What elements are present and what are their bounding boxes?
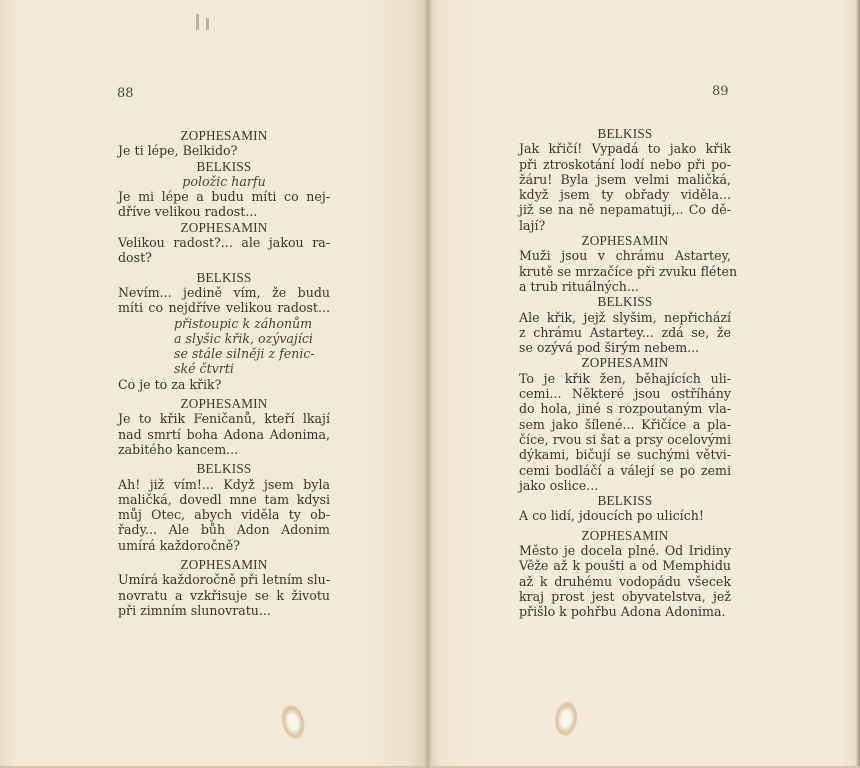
dialogue-line: To je křik žen, běhajících uli- [519, 371, 731, 386]
dialogue-line: nad smrtí boha Adona Adonima, [118, 427, 330, 442]
dialogue-line: Město je docela plné. Od Iridiny [519, 543, 731, 558]
page-number-left: 88 [117, 86, 134, 101]
dialogue-line: při zimním slunovratu... [118, 603, 330, 618]
dialogue-line: jako oslice... [519, 478, 731, 493]
dialogue-line: Věže až k poušti a od Memphidu [519, 558, 731, 573]
stage-direction: a slyšic křik, ozývajíci [118, 331, 330, 346]
dialogue-line: cemi bodláčí a válejí se po zemi [519, 463, 731, 478]
dialogue-line: řady... Ale bůh Adon Adonim [118, 522, 330, 537]
dialogue-line: žáru! Byla jsem velmi maličká, [519, 172, 731, 187]
dialogue-line: již se na ně nepamatuji,.. Co dě- [519, 202, 731, 217]
dialogue-line: dýkami, bičují se suchými větvi- [519, 447, 731, 462]
dialogue-line: zabitého kancem... [118, 442, 330, 457]
stage-direction: ské čtvrti [118, 361, 330, 376]
dialogue-line: do hola, jiné s rozpoutaným vla- [519, 401, 731, 416]
speaker-heading: BELKISS [118, 159, 330, 174]
stage-direction: přistoupic k záhonům [118, 316, 330, 331]
speaker-heading: ZOPHESAMIN [118, 128, 330, 143]
dialogue-line: Ah! již vím!... Když jsem byla [118, 477, 330, 492]
dialogue-line: dříve velikou radost... [118, 204, 330, 219]
speaker-heading: BELKISS [118, 461, 330, 476]
dialogue-line: cemi... Některé jsou ostříhány [519, 386, 731, 401]
dialogue-line: Jak křičí! Vypadá to jako křik [519, 141, 731, 156]
dialogue-line: sem jako šílené... Křičíce a pla- [519, 417, 731, 432]
stage-direction: položic harfu [118, 174, 330, 189]
speaker-heading: ZOPHESAMIN [519, 528, 731, 543]
dialogue-line: z chrámu Astartey... zdá se, že [519, 325, 731, 340]
dialogue-line: se ozývá pod širým nebem... [519, 340, 731, 355]
page-number-right: 89 [712, 84, 729, 99]
dialogue-line: novratu a vzkřisuje se k životu [118, 588, 330, 603]
right-page-text: BELKISS Jak křičí! Vypadá to jako křik p… [519, 126, 731, 620]
speaker-heading: BELKISS [519, 294, 731, 309]
speaker-heading: ZOPHESAMIN [118, 557, 330, 572]
dialogue-line: Je mi lépe a budu míti co nej- [118, 189, 330, 204]
dialogue-line: když jsem ty obřady viděla... [519, 187, 731, 202]
speaker-heading: ZOPHESAMIN [519, 233, 731, 248]
dialogue-line: Je to křik Feničanů, kteří lkají [118, 411, 330, 426]
dialogue-line: Muži jsou v chrámu Astartey, [519, 248, 731, 263]
book-spread: 88 89 ZOPHESAMIN Je ti lépe, Belkido? BE… [0, 0, 860, 768]
dialogue-line: A co lidí, jdoucích po ulicích! [519, 508, 731, 523]
ink-smudge [206, 18, 209, 30]
dialogue-line: Velikou radost?... ale jakou ra- [118, 235, 330, 250]
dialogue-line: číce, rvou si šat a prsy ocelovými [519, 432, 731, 447]
stage-direction: se stále silněji z fenic- [118, 346, 330, 361]
speaker-heading: BELKISS [519, 493, 731, 508]
dialogue-line: přišlo k pohřbu Adona Adonima. [519, 604, 731, 619]
dialogue-line: a trub rituálných... [519, 279, 731, 294]
dialogue-line: Je ti lépe, Belkido? [118, 143, 330, 158]
dialogue-line: umírá každoročně? [118, 538, 330, 553]
dialogue-line: lají? [519, 218, 731, 233]
speaker-heading: ZOPHESAMIN [519, 355, 731, 370]
dialogue-line: Co je to za křik? [118, 377, 330, 392]
dialogue-line: můj Otec, abych viděla ty ob- [118, 507, 330, 522]
ink-smudge [196, 14, 199, 30]
left-page-text: ZOPHESAMIN Je ti lépe, Belkido? BELKISS … [118, 128, 330, 618]
speaker-heading: BELKISS [519, 126, 731, 141]
speaker-heading: ZOPHESAMIN [118, 220, 330, 235]
speaker-heading: ZOPHESAMIN [118, 396, 330, 411]
dialogue-line: při ztroskotání lodí nebo při po- [519, 157, 731, 172]
dialogue-line: kraj prost jest obyvatelstva, jež [519, 589, 731, 604]
dialogue-line: míti co nejdříve velikou radost... [118, 300, 330, 315]
book-gutter [424, 0, 432, 768]
dialogue-line: Nevím... jedině vím, že budu [118, 285, 330, 300]
dialogue-line: krutě se mrzačíce při zvuku fléten [519, 264, 731, 279]
dialogue-line: maličká, dovedl mne tam kdysi [118, 492, 330, 507]
speaker-heading: BELKISS [118, 270, 330, 285]
dialogue-line: Umírá každoročně při letním slu- [118, 572, 330, 587]
dialogue-line: Ale křik, jejž slyšim, nepřichází [519, 310, 731, 325]
dialogue-line: dost? [118, 250, 330, 265]
dialogue-line: až k druhému vodopádu všecek [519, 574, 731, 589]
